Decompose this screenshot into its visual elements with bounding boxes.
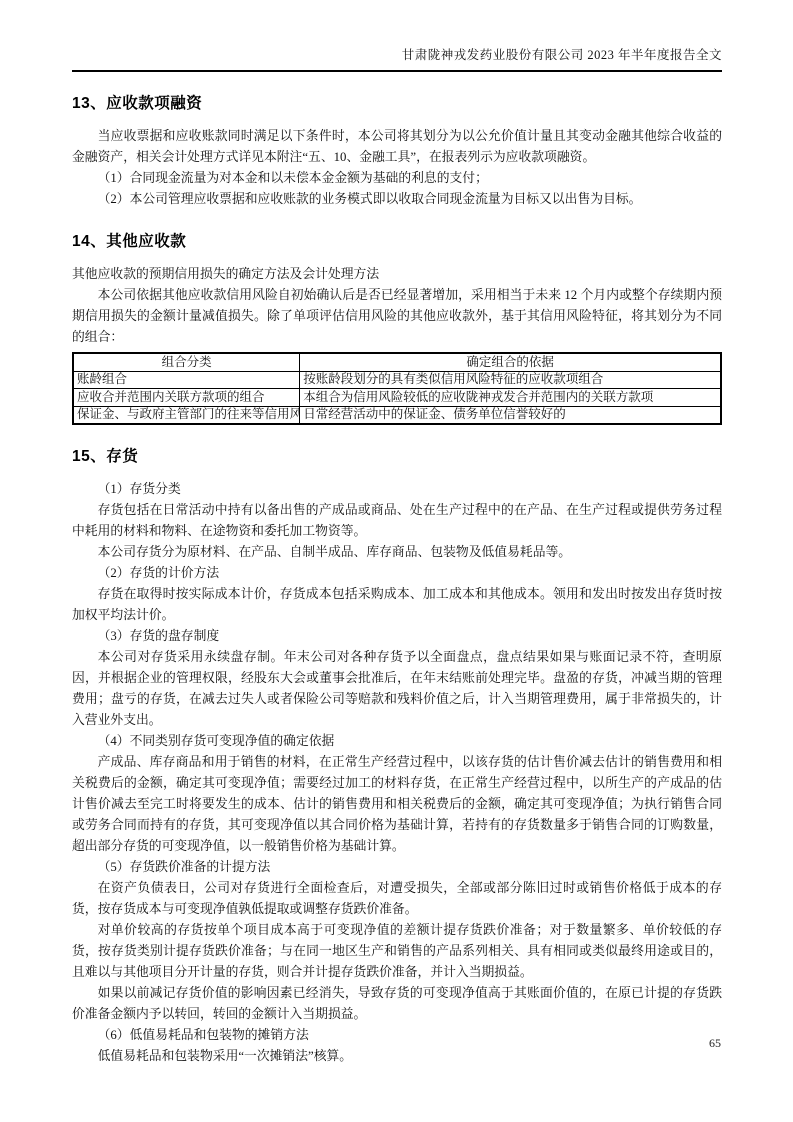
section-15-heading: 15、存货 <box>72 447 722 467</box>
header-title: 甘肃陇神戎发药业股份有限公司 2023 年半年度报告全文 <box>402 48 722 62</box>
table-cell: 本组合为信用风险较低的应收陇神戎发合并范围内的关联方款项 <box>300 389 721 407</box>
section-14-lead: 其他应收款的预期信用损失的确定方法及会计处理方法 <box>72 264 722 285</box>
body-paragraph: 本公司存货分为原材料、在产品、自制半成品、库存商品、包装物及低值易耗品等。 <box>72 542 722 563</box>
body-paragraph: （2）存货的计价方法 <box>72 563 722 584</box>
table-cell: 应收合并范围内关联方款项的组合 <box>73 389 300 407</box>
table-row: 应收合并范围内关联方款项的组合 本组合为信用风险较低的应收陇神戎发合并范围内的关… <box>73 389 721 407</box>
section-14-heading: 14、其他应收款 <box>72 232 722 252</box>
body-paragraph: 产成品、库存商品和用于销售的材料，在正常生产经营过程中，以该存货的估计售价减去估… <box>72 752 722 857</box>
body-paragraph: （3）存货的盘存制度 <box>72 626 722 647</box>
body-paragraph: 本公司依据其他应收款信用风险自初始确认后是否已经显著增加，采用相当于未来 12 … <box>72 285 722 348</box>
body-paragraph: （2）本公司管理应收票据和应收账款的业务模式即以收取合同现金流量为目标又以出售为… <box>72 189 722 210</box>
report-page: 甘肃陇神戎发药业股份有限公司 2023 年半年度报告全文 13、应收款项融资 当… <box>0 0 793 1122</box>
section-13: 13、应收款项融资 当应收票据和应收账款同时满足以下条件时，本公司将其划分为以公… <box>72 94 722 210</box>
table-cell: 按账龄段划分的具有类似信用风险特征的应收款项组合 <box>300 371 721 389</box>
table-row: 账龄组合 按账龄段划分的具有类似信用风险特征的应收款项组合 <box>73 371 721 389</box>
body-paragraph: （5）存货跌价准备的计提方法 <box>72 857 722 878</box>
body-paragraph: 存货包括在日常活动中持有以备出售的产成品或商品、处在生产过程中的在产品、在生产过… <box>72 500 722 542</box>
table-header-cell: 确定组合的依据 <box>300 353 721 371</box>
body-paragraph: 当应收票据和应收账款同时满足以下条件时，本公司将其划分为以公允价值计量且其变动金… <box>72 126 722 168</box>
page-content: 甘肃陇神戎发药业股份有限公司 2023 年半年度报告全文 13、应收款项融资 当… <box>72 0 722 1067</box>
section-13-heading: 13、应收款项融资 <box>72 94 722 114</box>
section-14: 14、其他应收款 其他应收款的预期信用损失的确定方法及会计处理方法 本公司依据其… <box>72 232 722 425</box>
table-cell: 日常经营活动中的保证金、债务单位信誉较好的 <box>300 406 721 424</box>
body-paragraph: 对单价较高的存货按单个项目成本高于可变现净值的差额计提存货跌价准备；对于数量繁多… <box>72 920 722 983</box>
body-paragraph: （1）存货分类 <box>72 479 722 500</box>
table-header-row: 组合分类 确定组合的依据 <box>73 353 721 371</box>
table-header-cell: 组合分类 <box>73 353 300 371</box>
page-number: 65 <box>709 1036 721 1051</box>
body-paragraph: 在资产负债表日，公司对存货进行全面检查后，对遭受损失，全部或部分陈旧过时或销售价… <box>72 878 722 920</box>
table-cell: 账龄组合 <box>73 371 300 389</box>
table-cell: 保证金、与政府主管部门的往来等信用风险较低的组合 <box>73 406 300 424</box>
body-paragraph: （1）合同现金流量为对本金和以未偿本金金额为基础的利息的支付； <box>72 168 722 189</box>
body-paragraph: 低值易耗品和包装物采用“一次摊销法”核算。 <box>72 1046 722 1067</box>
section-15: 15、存货 （1）存货分类 存货包括在日常活动中持有以备出售的产成品或商品、处在… <box>72 447 722 1067</box>
body-paragraph: 存货在取得时按实际成本计价，存货成本包括采购成本、加工成本和其他成本。领用和发出… <box>72 584 722 626</box>
body-paragraph: 本公司对存货采用永续盘存制。年末公司对各种存货予以全面盘点，盘点结果如果与账面记… <box>72 647 722 731</box>
grouping-table: 组合分类 确定组合的依据 账龄组合 按账龄段划分的具有类似信用风险特征的应收款项… <box>72 352 722 425</box>
body-paragraph: （6）低值易耗品和包装物的摊销方法 <box>72 1025 722 1046</box>
table-row: 保证金、与政府主管部门的往来等信用风险较低的组合 日常经营活动中的保证金、债务单… <box>73 406 721 424</box>
body-paragraph: 如果以前减记存货价值的影响因素已经消失，导致存货的可变现净值高于其账面价值的，在… <box>72 983 722 1025</box>
body-paragraph: （4）不同类别存货可变现净值的确定依据 <box>72 731 722 752</box>
page-header: 甘肃陇神戎发药业股份有限公司 2023 年半年度报告全文 <box>72 46 722 72</box>
